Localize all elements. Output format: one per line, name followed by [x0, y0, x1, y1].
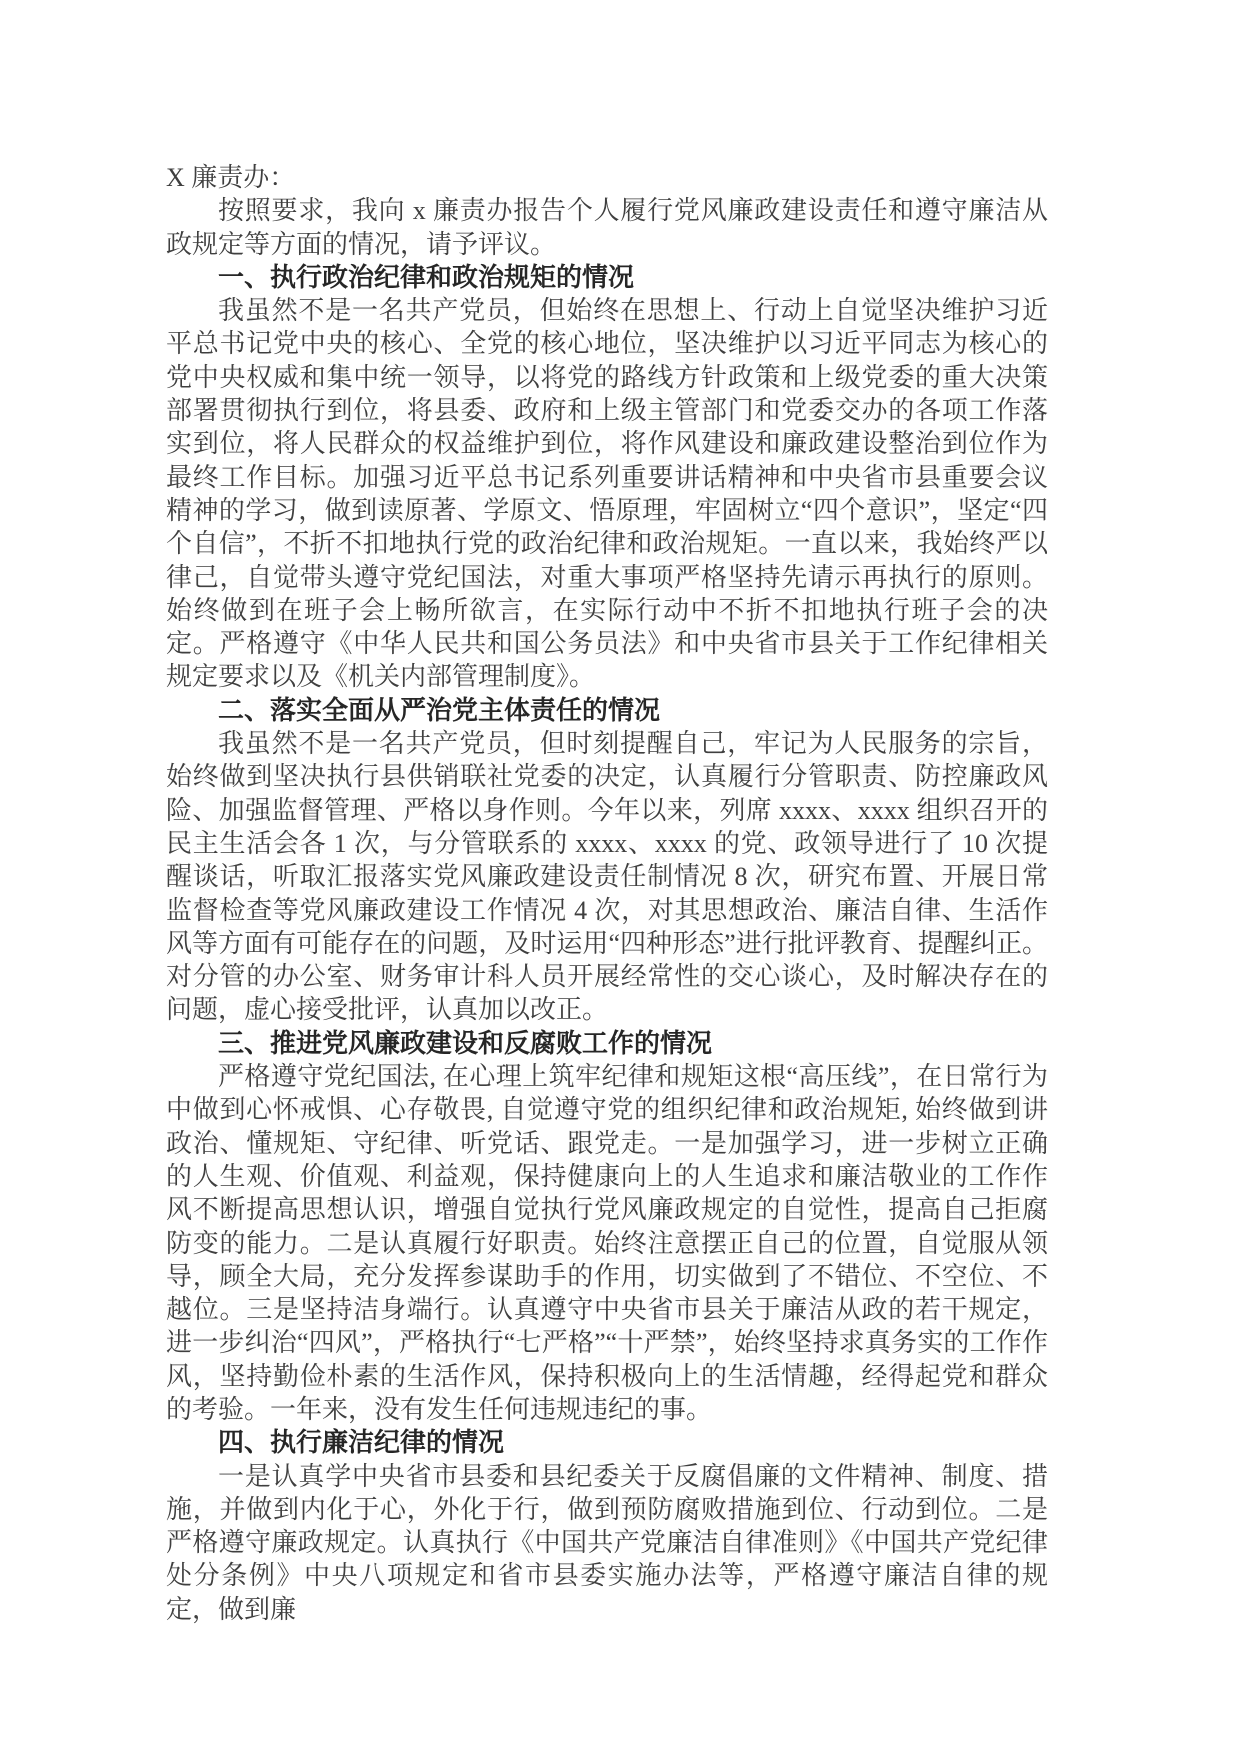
section-4-heading: 四、执行廉洁纪律的情况 [166, 1426, 1048, 1459]
report-body: X 廉责办： 按照要求，我向 x 廉责办报告个人履行党风廉政建设责任和遵守廉洁从… [166, 161, 1048, 1626]
section-1-paragraph: 我虽然不是一名共产党员，但始终在思想上、行动上自觉坚决维护习近平总书记党中央的核… [166, 294, 1048, 694]
salutation: X 廉责办： [166, 161, 1048, 194]
section-3-paragraph: 严格遵守党纪国法, 在心理上筑牢纪律和规矩这根“高压线”，在日常行为中做到心怀戒… [166, 1060, 1048, 1426]
section-2-heading: 二、落实全面从严治党主体责任的情况 [166, 694, 1048, 727]
section-3-heading: 三、推进党风廉政建设和反腐败工作的情况 [166, 1027, 1048, 1060]
section-1-heading: 一、执行政治纪律和政治规矩的情况 [166, 261, 1048, 294]
section-2-paragraph: 我虽然不是一名共产党员，但时刻提醒自己，牢记为人民服务的宗旨，始终做到坚决执行县… [166, 727, 1048, 1027]
section-4-paragraph: 一是认真学中央省市县委和县纪委关于反腐倡廉的文件精神、制度、措施，并做到内化于心… [166, 1460, 1048, 1626]
document-page: X 廉责办： 按照要求，我向 x 廉责办报告个人履行党风廉政建设责任和遵守廉洁从… [0, 0, 1240, 1754]
opening-paragraph: 按照要求，我向 x 廉责办报告个人履行党风廉政建设责任和遵守廉洁从政规定等方面的… [166, 194, 1048, 261]
